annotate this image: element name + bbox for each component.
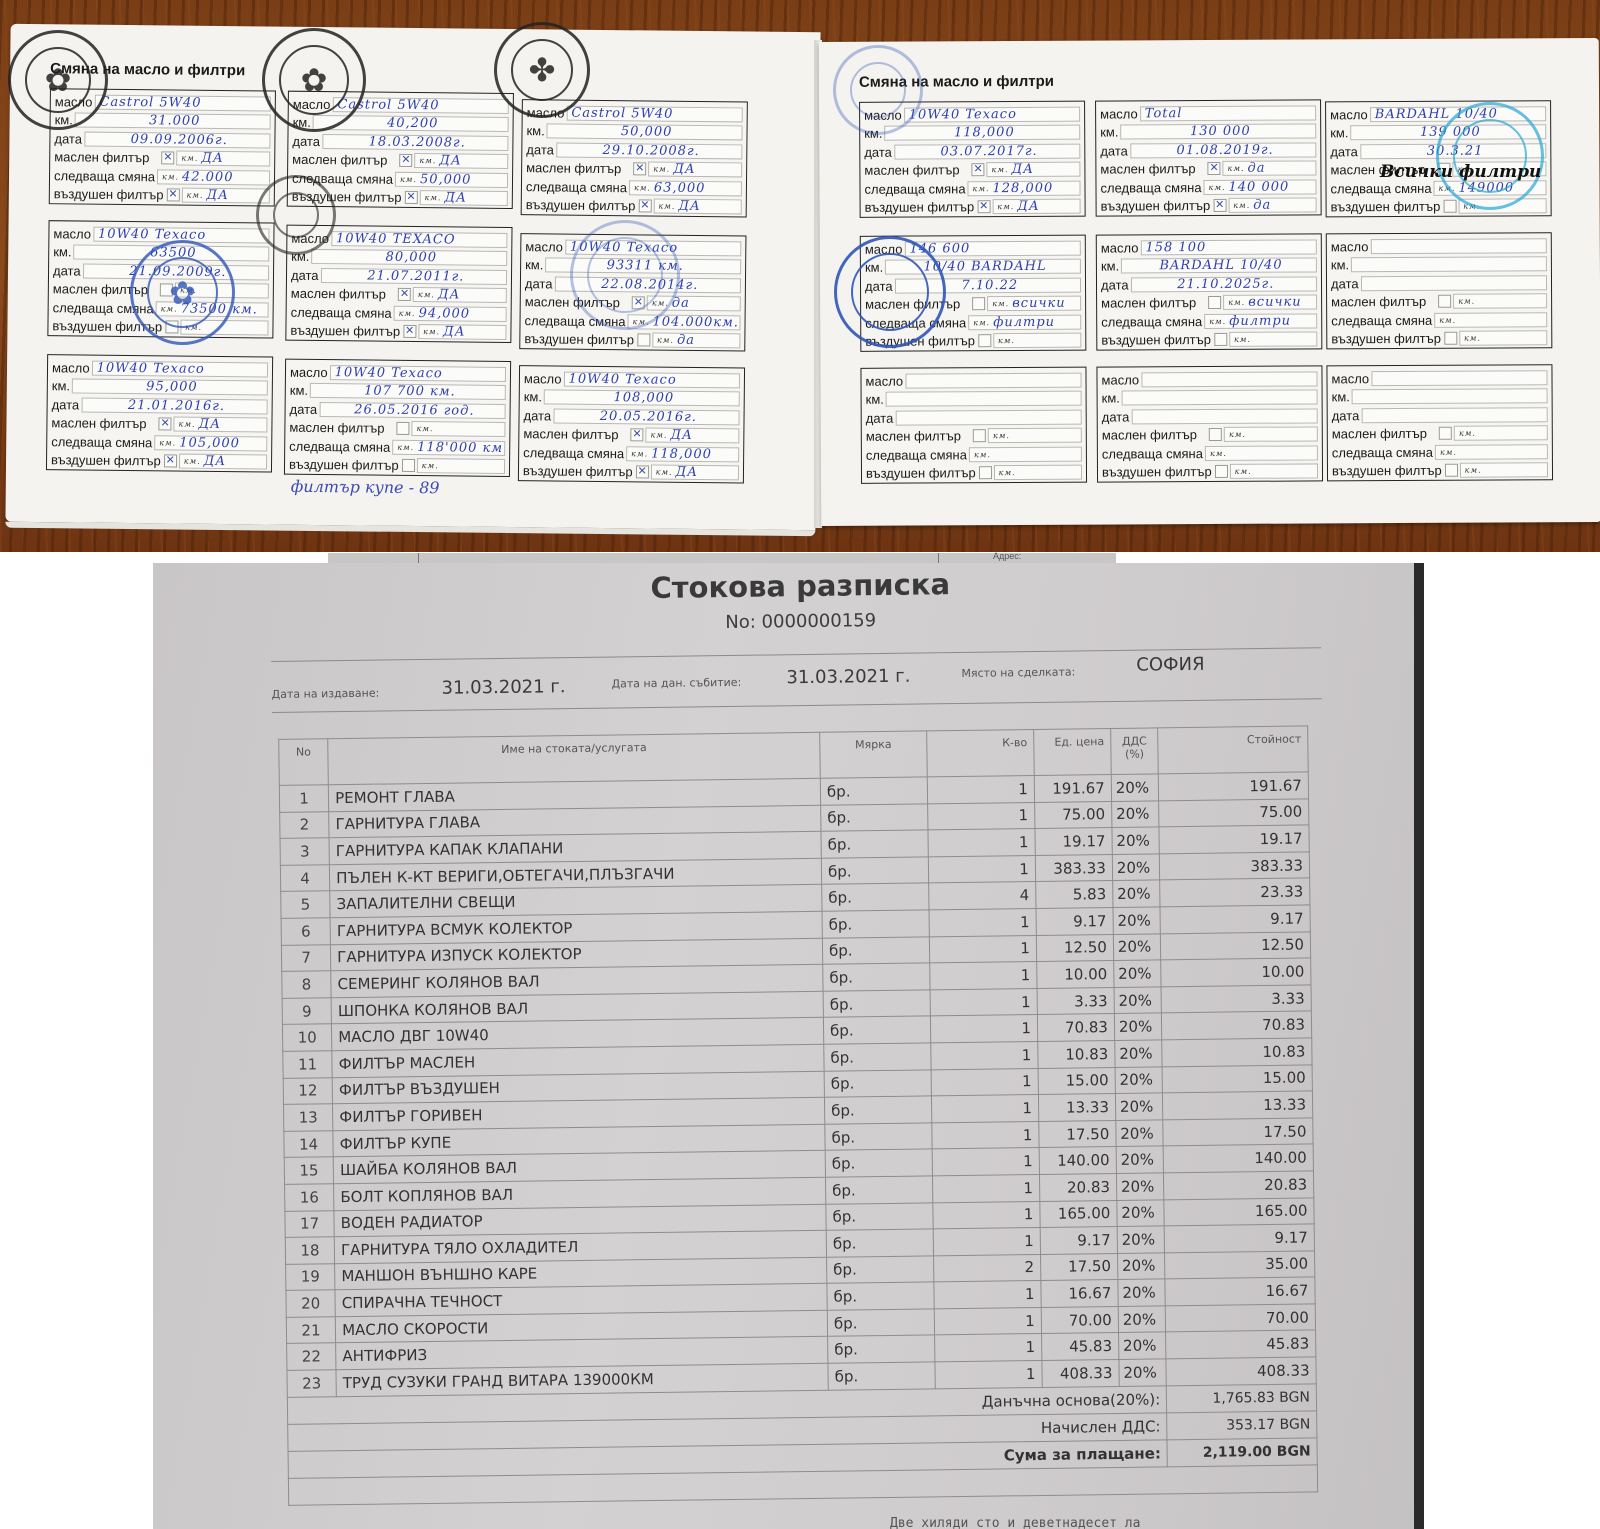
oil-row: масло — [1331, 368, 1547, 388]
air-filter-km-field[interactable]: км.ДА — [653, 199, 741, 215]
oil-change-card: масло Total км. 130 000 дата 01.08.2019г… — [1095, 99, 1322, 216]
date-row: дата — [1332, 405, 1548, 425]
air-filter-checkbox[interactable]: ✕ — [638, 200, 651, 213]
date-field[interactable] — [1131, 408, 1317, 424]
oil-filter-km-field[interactable]: км. — [411, 421, 505, 437]
date-label: дата — [54, 131, 82, 146]
oil-filter-label: маслен филтър — [54, 149, 149, 165]
row-unit: бр. — [825, 1149, 932, 1177]
oil-filter-checkbox[interactable] — [1439, 427, 1452, 440]
oil-change-card: масло км. дата маслен филтър км. следващ… — [1326, 364, 1553, 481]
row-qty: 1 — [935, 1361, 1042, 1389]
air-filter-checkbox[interactable] — [1215, 465, 1228, 478]
oil-label: масло — [525, 239, 563, 254]
km-label: км. — [525, 257, 543, 272]
km-field[interactable]: 80,000 — [311, 249, 507, 266]
next-change-row: следваща смяна км.128,000 — [864, 179, 1080, 199]
air-filter-row: въздушен филтър ✕ км.да — [1101, 196, 1317, 216]
row-no: 2 — [280, 811, 330, 838]
next-change-row: следваща смяна км. — [866, 445, 1082, 465]
row-vat: 20% — [1117, 1253, 1165, 1280]
km-label: км. — [866, 392, 884, 407]
next-change-km-field[interactable]: км.50,000 — [395, 172, 508, 188]
oil-filter-checkbox[interactable]: ✕ — [398, 288, 411, 301]
air-filter-label: въздушен филтър — [524, 331, 634, 347]
date-field[interactable]: 21.10.2025г. — [1131, 276, 1317, 292]
date-field[interactable]: 18.03.2008г. — [322, 134, 509, 151]
air-filter-label: въздушен филтър — [866, 465, 976, 481]
row-qty: 1 — [933, 1228, 1040, 1256]
km-label: км. — [1332, 390, 1350, 405]
air-filter-checkbox[interactable]: ✕ — [636, 466, 649, 479]
air-filter-row: въздушен филтър ✕ км.ДА — [865, 197, 1081, 217]
air-filter-checkbox[interactable]: ✕ — [404, 191, 417, 204]
row-total: 383.33 — [1160, 852, 1310, 881]
next-change-label: следваща смяна — [1100, 180, 1201, 196]
date-field[interactable]: 01.08.2019г. — [1130, 142, 1316, 158]
next-change-km-field[interactable]: км.94,000 — [394, 306, 507, 322]
row-qty: 1 — [932, 1121, 1039, 1149]
date-label: дата — [1101, 277, 1129, 292]
date-field[interactable]: 20.05.2016г. — [553, 408, 740, 425]
row-total: 13.33 — [1163, 1091, 1313, 1120]
next-change-label: следваща смяна — [1102, 446, 1203, 462]
oil-field[interactable]: 10W40 Texaco — [330, 365, 507, 382]
air-filter-km-field[interactable]: км.да — [1228, 198, 1316, 213]
row-price: 15.00 — [1038, 1067, 1115, 1095]
next-change-row: следваща смяна км.105,000 — [51, 432, 267, 453]
row-unit: бр. — [823, 963, 930, 991]
km-field[interactable] — [1122, 390, 1318, 406]
date-field[interactable] — [1361, 275, 1547, 291]
air-filter-km-field[interactable]: км.да — [652, 333, 740, 349]
date-field[interactable] — [1361, 407, 1547, 423]
next-change-label: следваща смяна — [866, 447, 967, 463]
air-filter-km-field[interactable]: км. — [1460, 462, 1548, 477]
oil-filter-checkbox[interactable]: ✕ — [630, 429, 643, 442]
oil-filter-label: маслен филтър — [292, 152, 387, 168]
oil-filter-checkbox[interactable] — [1208, 296, 1221, 309]
oil-filter-km-field[interactable]: км.ДА — [987, 162, 1081, 177]
km-field[interactable]: 130 000 — [1120, 124, 1316, 140]
row-qty: 1 — [932, 1174, 1039, 1202]
row-price: 191.67 — [1034, 775, 1111, 803]
km-field[interactable] — [886, 391, 1082, 407]
km-field[interactable]: 31.000 — [75, 113, 271, 130]
air-filter-km-field[interactable]: км. — [993, 333, 1081, 348]
oil-filter-km-field[interactable]: км.ДА — [413, 287, 507, 303]
km-row: км. BARDAHL 10/40 — [1101, 256, 1317, 276]
km-label: км. — [1100, 125, 1118, 140]
issue-date: 31.03.2021 г. — [441, 676, 565, 699]
oil-filter-row: маслен филтър км.всички — [1101, 293, 1317, 313]
air-filter-km-field[interactable]: км.ДА — [181, 188, 269, 204]
next-change-km-field[interactable]: км.филтри — [968, 314, 1081, 330]
row-vat: 20% — [1115, 1040, 1163, 1067]
oil-label: масло — [1330, 107, 1368, 122]
air-filter-km-field[interactable]: км.ДА — [992, 199, 1080, 214]
oil-filter-row: маслен филтър ✕ км.да — [1100, 159, 1316, 179]
oil-field[interactable]: 10W40 Texaco — [564, 371, 741, 388]
oil-filter-km-field[interactable]: км.ДА — [648, 162, 742, 178]
row-qty: 1 — [928, 802, 1035, 830]
row-qty: 1 — [929, 935, 1036, 963]
air-filter-row: въздушен филтър ✕ км.ДА — [51, 451, 267, 472]
row-price: 13.33 — [1038, 1094, 1115, 1122]
air-filter-km-field[interactable]: км.ДА — [419, 190, 507, 206]
row-no: 17 — [285, 1210, 335, 1237]
oil-field[interactable]: 158 100 — [1140, 239, 1316, 255]
air-filter-checkbox[interactable] — [979, 466, 992, 479]
oil-field[interactable] — [1370, 238, 1546, 254]
oil-filter-checkbox[interactable] — [1209, 428, 1222, 441]
date-label: дата — [53, 263, 81, 278]
row-unit: бр. — [821, 830, 928, 858]
km-field[interactable]: 95,000 — [72, 379, 268, 396]
booklet-left-page: Смяна на масло и филтри масло Castrol 5W… — [5, 24, 820, 530]
date-label: дата — [1100, 143, 1128, 158]
date-row: дата 03.07.2017г. — [864, 142, 1080, 162]
row-qty: 1 — [930, 988, 1037, 1016]
row-total: 19.17 — [1159, 825, 1309, 854]
row-unit: бр. — [822, 883, 929, 911]
row-no: 19 — [286, 1263, 336, 1290]
air-filter-label: въздушен филтър — [289, 457, 399, 473]
row-price: 9.17 — [1040, 1227, 1117, 1255]
air-filter-checkbox[interactable]: ✕ — [1213, 199, 1226, 212]
date-field[interactable]: 03.07.2017г. — [894, 143, 1080, 159]
air-filter-row: въздушен филтър км. — [866, 463, 1082, 483]
air-filter-label: въздушен филтър — [1332, 463, 1442, 479]
oil-label: масло — [1101, 240, 1139, 255]
oil-field[interactable]: 10W40 TEXACO — [331, 231, 508, 248]
km-field[interactable]: 118,000 — [884, 125, 1080, 141]
row-price: 45.83 — [1041, 1333, 1118, 1361]
air-filter-km-field[interactable]: км. — [417, 458, 505, 474]
row-unit: бр. — [826, 1176, 933, 1204]
row-unit: бр. — [827, 1309, 934, 1337]
air-filter-km-field[interactable]: км. — [994, 465, 1082, 480]
row-unit: бр. — [828, 1362, 935, 1390]
date-row: дата 29.10.2008г. — [526, 140, 742, 161]
row-no: 20 — [286, 1290, 336, 1317]
row-no: 16 — [285, 1184, 335, 1211]
oil-label: масло — [1331, 371, 1369, 386]
row-total: 9.17 — [1164, 1224, 1314, 1253]
totals-value: 353.17 BGN — [1167, 1411, 1317, 1440]
oil-filter-checkbox[interactable]: ✕ — [972, 163, 985, 176]
oil-change-card: масло км. дата маслен филтър км. следващ… — [1326, 232, 1553, 349]
next-change-km-field[interactable]: км. — [1435, 444, 1548, 460]
oil-field[interactable]: Castrol 5W40 — [566, 105, 743, 122]
date-field[interactable]: 21.01.2016г. — [81, 397, 268, 414]
row-unit: бр. — [824, 1096, 931, 1124]
air-filter-row: въздушен филтър км. — [1331, 329, 1547, 349]
company-stamp-icon: ✤ — [494, 22, 590, 118]
km-row: км. — [1332, 387, 1548, 407]
air-filter-km-field[interactable]: км.ДА — [179, 454, 267, 470]
oil-row: масло 10W40 Texaco — [524, 369, 740, 390]
date-label: дата — [523, 408, 551, 423]
date-label: дата — [52, 397, 80, 412]
col-no: No — [279, 739, 329, 786]
oil-label: масло — [524, 371, 562, 386]
km-row: км. 80,000 — [291, 247, 507, 268]
oil-filter-label: маслен филтър — [1332, 426, 1427, 441]
km-label: км. — [1101, 259, 1119, 274]
oil-filter-checkbox[interactable]: ✕ — [1208, 162, 1221, 175]
oil-row: масло 10W40 Texaco — [290, 363, 506, 384]
row-qty: 1 — [935, 1334, 1042, 1362]
next-change-km-field[interactable]: км.118,000 — [626, 446, 739, 462]
oil-filter-row: маслен филтър км. — [289, 418, 505, 439]
next-change-km-field[interactable]: км. — [969, 446, 1082, 462]
row-vat: 20% — [1114, 960, 1162, 987]
date-field[interactable]: 26.05.2016 год. — [319, 402, 506, 419]
oil-filter-km-field[interactable]: км.ДА — [174, 417, 268, 433]
date-field[interactable]: 21.07.2011г. — [321, 268, 508, 285]
oil-filter-label: маслен филтър — [291, 286, 386, 302]
next-change-km-field[interactable]: км. — [1434, 312, 1547, 328]
oil-field[interactable] — [1141, 371, 1317, 387]
oil-field[interactable]: 10W40 Texaco — [92, 360, 269, 377]
date-label: дата — [291, 267, 319, 282]
row-price: 9.17 — [1036, 907, 1113, 935]
oil-change-card: масло Castrol 5W40 км. 50,000 дата 29.10… — [521, 99, 748, 217]
air-filter-km-field[interactable]: км. — [1459, 330, 1547, 345]
company-stamp-icon: ✿ — [8, 30, 108, 130]
totals-value: 2,119.00 BGN — [1167, 1438, 1317, 1467]
oil-filter-checkbox[interactable] — [396, 422, 409, 435]
oil-label: масло — [290, 364, 328, 379]
row-unit: бр. — [821, 804, 928, 832]
oil-label: масло — [1331, 239, 1369, 254]
service-stamp-icon — [834, 236, 946, 348]
next-change-km-field[interactable]: км. — [1205, 445, 1318, 461]
km-field[interactable]: 50,000 — [547, 124, 743, 141]
row-price: 10.83 — [1038, 1040, 1115, 1068]
date-row: дата — [1102, 406, 1318, 426]
col-vat: ДДС (%) — [1111, 728, 1159, 775]
oil-change-card: масло 10W40 Texaco км. 108,000 дата 20.0… — [518, 365, 745, 483]
company-stamp-icon — [256, 175, 336, 255]
oil-filter-row: маслен филтър ✕ км.ДА — [291, 284, 507, 305]
air-filter-row: въздушен филтър км. — [1102, 462, 1318, 482]
oil-field[interactable]: Total — [1140, 105, 1316, 121]
oil-row: масло — [1101, 369, 1317, 389]
row-no: 13 — [283, 1104, 333, 1131]
oil-label: масло — [52, 360, 90, 375]
oil-label: масло — [53, 226, 91, 241]
air-filter-label: въздушен филтър — [51, 452, 161, 468]
row-qty: 1 — [927, 776, 1034, 804]
oil-filter-km-field[interactable]: км.да — [1223, 161, 1317, 176]
next-change-row: следваща смяна км.94,000 — [291, 303, 507, 324]
next-change-km-field[interactable]: км.63,000 — [629, 180, 742, 196]
row-price: 10.00 — [1037, 961, 1114, 989]
oil-filter-row: маслен филтър км. — [1102, 425, 1318, 445]
row-price: 70.83 — [1037, 1014, 1114, 1042]
air-filter-checkbox[interactable] — [1445, 464, 1458, 477]
date-field[interactable]: 09.09.2006г. — [84, 131, 271, 148]
km-field[interactable] — [1351, 256, 1547, 272]
row-unit: бр. — [823, 990, 930, 1018]
receipt-number-label: No: — [725, 612, 756, 633]
row-qty: 1 — [934, 1281, 1041, 1309]
oil-row: масло — [1331, 236, 1547, 256]
air-filter-checkbox[interactable]: ✕ — [403, 325, 416, 338]
oil-filter-row: маслен филтър ✕ км.ДА — [54, 148, 270, 169]
air-filter-checkbox[interactable] — [402, 459, 415, 472]
air-filter-checkbox[interactable] — [1214, 333, 1227, 346]
oil-field[interactable] — [1371, 370, 1547, 386]
scan-edge — [1414, 563, 1424, 1529]
next-change-row: следваща смяна км.42.000 — [54, 166, 270, 187]
row-unit: бр. — [822, 910, 929, 938]
col-name: Име на стоката/услугата — [328, 732, 820, 784]
row-price: 165.00 — [1040, 1200, 1117, 1228]
km-field[interactable]: 108,000 — [544, 390, 740, 407]
oil-filter-checkbox[interactable] — [972, 297, 985, 310]
service-stamp-icon — [1436, 102, 1544, 210]
row-price: 17.50 — [1040, 1253, 1117, 1281]
km-field[interactable]: BARDAHL 10/40 — [1121, 258, 1317, 274]
km-row: км. — [1331, 255, 1547, 275]
row-qty: 1 — [929, 908, 1036, 936]
date-label: дата — [292, 133, 320, 148]
air-filter-checkbox[interactable] — [637, 334, 650, 347]
next-change-km-field[interactable]: км.118'000 км. — [392, 440, 505, 456]
next-change-km-field[interactable]: км.105,000 — [154, 435, 267, 451]
row-qty: 1 — [931, 1095, 1038, 1123]
row-price: 3.33 — [1037, 987, 1114, 1015]
air-filter-row: въздушен филтър ✕ км.ДА — [526, 196, 742, 217]
date-field[interactable] — [895, 409, 1081, 425]
row-price: 140.00 — [1039, 1147, 1116, 1175]
date-label: дата — [526, 142, 554, 157]
km-label: км. — [1102, 391, 1120, 406]
next-change-km-field[interactable]: км.140 000 — [1203, 179, 1316, 195]
air-filter-label: въздушен филтър — [1331, 331, 1441, 347]
date-row: дата 21.07.2011г. — [291, 266, 507, 287]
row-vat: 20% — [1118, 1332, 1166, 1359]
row-qty: 1 — [932, 1148, 1039, 1176]
km-field[interactable] — [1352, 388, 1548, 404]
air-filter-checkbox[interactable] — [978, 334, 991, 347]
oil-filter-checkbox[interactable]: ✕ — [633, 163, 646, 176]
oil-filter-checkbox[interactable]: ✕ — [399, 154, 412, 167]
row-qty: 4 — [929, 882, 1036, 910]
next-change-label: следваща смяна — [291, 304, 392, 320]
row-vat: 20% — [1118, 1306, 1166, 1333]
row-qty: 2 — [933, 1254, 1040, 1282]
next-change-km-field[interactable]: км.128,000 — [967, 180, 1080, 196]
row-unit: бр. — [823, 1016, 930, 1044]
next-change-row: следваща смяна км.140 000 — [1100, 177, 1316, 197]
date-row: дата 21.10.2025г. — [1101, 274, 1317, 294]
receipt-number: No: 0000000159 — [271, 604, 1331, 639]
air-filter-checkbox[interactable] — [1444, 332, 1457, 345]
next-change-label: следваща смяна — [526, 179, 627, 195]
row-no: 10 — [282, 1024, 332, 1051]
oil-filter-km-field[interactable]: км. — [1454, 425, 1548, 440]
oil-filter-km-field[interactable]: км.ДА — [414, 153, 508, 169]
oil-row: масло 10W40 Texaco — [53, 224, 269, 245]
oil-filter-km-field[interactable]: км. — [1453, 293, 1547, 308]
amount-in-words: Две хиляди сто и деветнадесет ла — [890, 1516, 1140, 1529]
oil-filter-checkbox[interactable] — [973, 429, 986, 442]
oil-filter-km-field[interactable]: км. — [1224, 427, 1318, 442]
date-label: дата — [290, 401, 318, 416]
air-filter-km-field[interactable]: км.ДА — [651, 465, 739, 481]
row-vat: 20% — [1119, 1359, 1167, 1386]
row-vat: 20% — [1111, 774, 1159, 801]
oil-filter-km-field[interactable]: км.ДА — [645, 428, 739, 444]
row-vat: 20% — [1111, 800, 1159, 827]
row-unit: бр. — [822, 936, 929, 964]
row-no: 4 — [280, 865, 330, 892]
oil-filter-km-field[interactable]: км. — [988, 428, 1082, 443]
row-no: 7 — [281, 944, 331, 971]
air-filter-row: въздушен филтър ✕ км.ДА — [54, 185, 270, 206]
row-total: 16.67 — [1165, 1277, 1315, 1306]
air-filter-row: въздушен филтър км. — [1101, 330, 1317, 350]
row-vat: 20% — [1116, 1146, 1164, 1173]
row-no: 12 — [283, 1077, 333, 1104]
row-qty: 1 — [930, 962, 1037, 990]
air-filter-checkbox[interactable] — [1443, 200, 1456, 213]
km-field[interactable]: 107 700 км. — [310, 383, 506, 400]
oil-filter-label: маслен филтър — [51, 415, 146, 431]
air-filter-km-field[interactable]: км. — [1230, 464, 1318, 479]
col-price: Ед. цена — [1034, 729, 1112, 776]
next-change-label: следваща смяна — [1330, 181, 1431, 197]
row-vat: 20% — [1113, 880, 1161, 907]
oil-field[interactable]: Castrol 5W40 — [94, 94, 271, 111]
next-change-km-field[interactable]: км.42.000 — [157, 169, 270, 185]
oil-filter-km-field[interactable]: км.всички — [1223, 295, 1317, 310]
row-price: 5.83 — [1036, 881, 1113, 909]
air-filter-km-field[interactable]: км.ДА — [418, 324, 506, 340]
oil-filter-checkbox[interactable]: ✕ — [159, 418, 172, 431]
air-filter-checkbox[interactable]: ✕ — [164, 455, 177, 468]
air-filter-checkbox[interactable]: ✕ — [166, 189, 179, 202]
oil-filter-checkbox[interactable] — [1438, 295, 1451, 308]
next-change-row: следваща смяна км.63,000 — [526, 177, 742, 198]
next-change-label: следваща смяна — [864, 181, 965, 197]
oil-filter-km-field[interactable]: км.всички — [987, 296, 1081, 311]
oil-filter-label: маслен филтър — [866, 429, 961, 444]
oil-field[interactable] — [905, 372, 1081, 388]
oil-field[interactable]: 10W40 Texaco — [904, 106, 1080, 122]
air-filter-checkbox[interactable]: ✕ — [977, 200, 990, 213]
row-vat: 20% — [1113, 933, 1161, 960]
tax-event-label: Дата на дан. събитие: — [611, 676, 741, 691]
oil-filter-label: маслен филтър — [1102, 427, 1197, 442]
next-change-km-field[interactable]: км.филтри — [1204, 313, 1317, 329]
row-total: 140.00 — [1163, 1144, 1313, 1173]
row-total: 20.83 — [1164, 1171, 1314, 1200]
oil-filter-checkbox[interactable]: ✕ — [161, 152, 174, 165]
oil-filter-km-field[interactable]: км.ДА — [176, 151, 270, 167]
cabin-filter-note: филтър купе - 89 — [291, 477, 440, 498]
oil-filter-label: маслен филтър — [523, 426, 618, 442]
air-filter-km-field[interactable]: км. — [1229, 332, 1317, 347]
km-label: км. — [526, 123, 544, 138]
date-field[interactable]: 29.10.2008г. — [556, 142, 743, 159]
km-label: км. — [1331, 258, 1349, 273]
row-total: 9.17 — [1160, 905, 1310, 934]
